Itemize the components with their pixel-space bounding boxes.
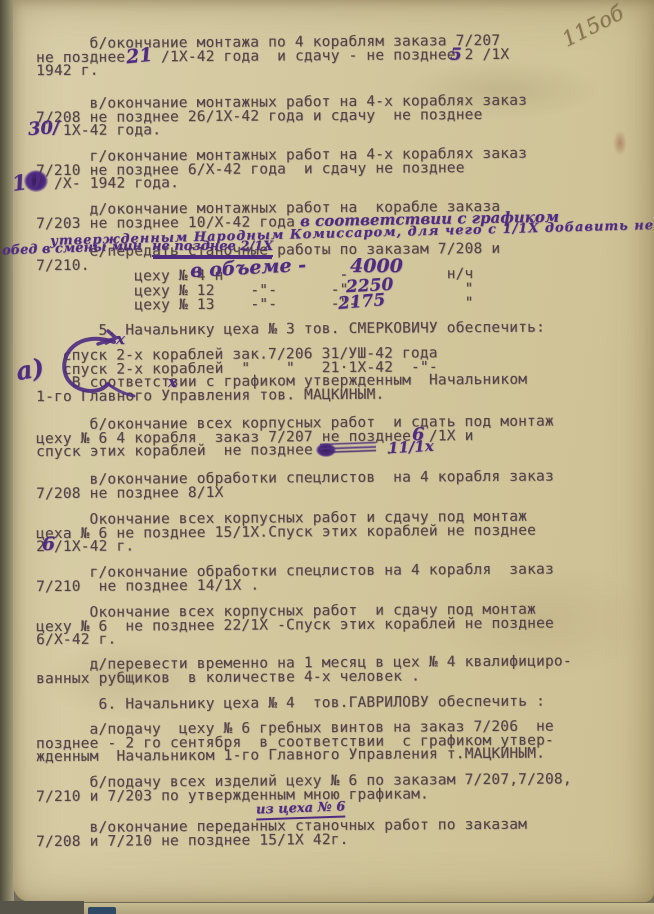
margin-circled-arrow-icon (50, 328, 140, 402)
scan-bottom-corner (0, 901, 84, 914)
underlying-sheet-edge (82, 903, 654, 914)
blue-paper-fragment (88, 907, 116, 914)
handwritten-date-25-correction: 5 (450, 45, 462, 65)
margin-x-mark: х (116, 330, 125, 348)
handwritten-date-11: 11/1х (388, 437, 435, 457)
handwritten-hours-4000: 4000 (350, 255, 403, 277)
typed-paragraph: а/подачу цеху № 6 гребных винтов на зака… (36, 720, 650, 765)
typed-paragraph: Окончание всех корпусных работ и сдачу п… (36, 510, 650, 555)
margin-letter-a: а) (14, 353, 47, 386)
handwritten-date-26-correction: 6 (42, 533, 55, 555)
typed-paragraph: д/перевести временно на 1 месяц в цех № … (36, 655, 650, 686)
typed-paragraph: Окончание всех корпусных работ и сдачу п… (36, 603, 650, 648)
typed-paragraph: г/окончание обработки спецлистов на 4 ко… (36, 563, 650, 594)
typed-paragraph: в/окончание монтажных работ на 4-х кораб… (36, 94, 650, 139)
typed-paragraph: г/окончание монтажных работ на 4-х кораб… (36, 147, 650, 192)
typed-paragraph: в/окончание переданных станочных работ п… (36, 818, 650, 849)
handwritten-date-21: 21 (125, 44, 154, 69)
handwritten-hours-2175: 2175 (337, 290, 386, 314)
handwritten-deadline-underlined: не позднее 2/1Х (152, 239, 273, 257)
handwritten-date-10: 10 (10, 167, 42, 196)
crossed-out-date (320, 440, 376, 455)
typed-paragraph: в/окончание обработки спецлистов на 4 ко… (36, 470, 650, 501)
margin-x-mark: х (168, 373, 177, 391)
scanned-document-page: { "document": { "kind": "typewritten ord… (0, 0, 654, 914)
handwritten-from-shop6: из цеха № 6 (256, 799, 346, 820)
scan-left-edge (0, 0, 14, 914)
handwritten-date-30: 30/ (27, 117, 60, 140)
